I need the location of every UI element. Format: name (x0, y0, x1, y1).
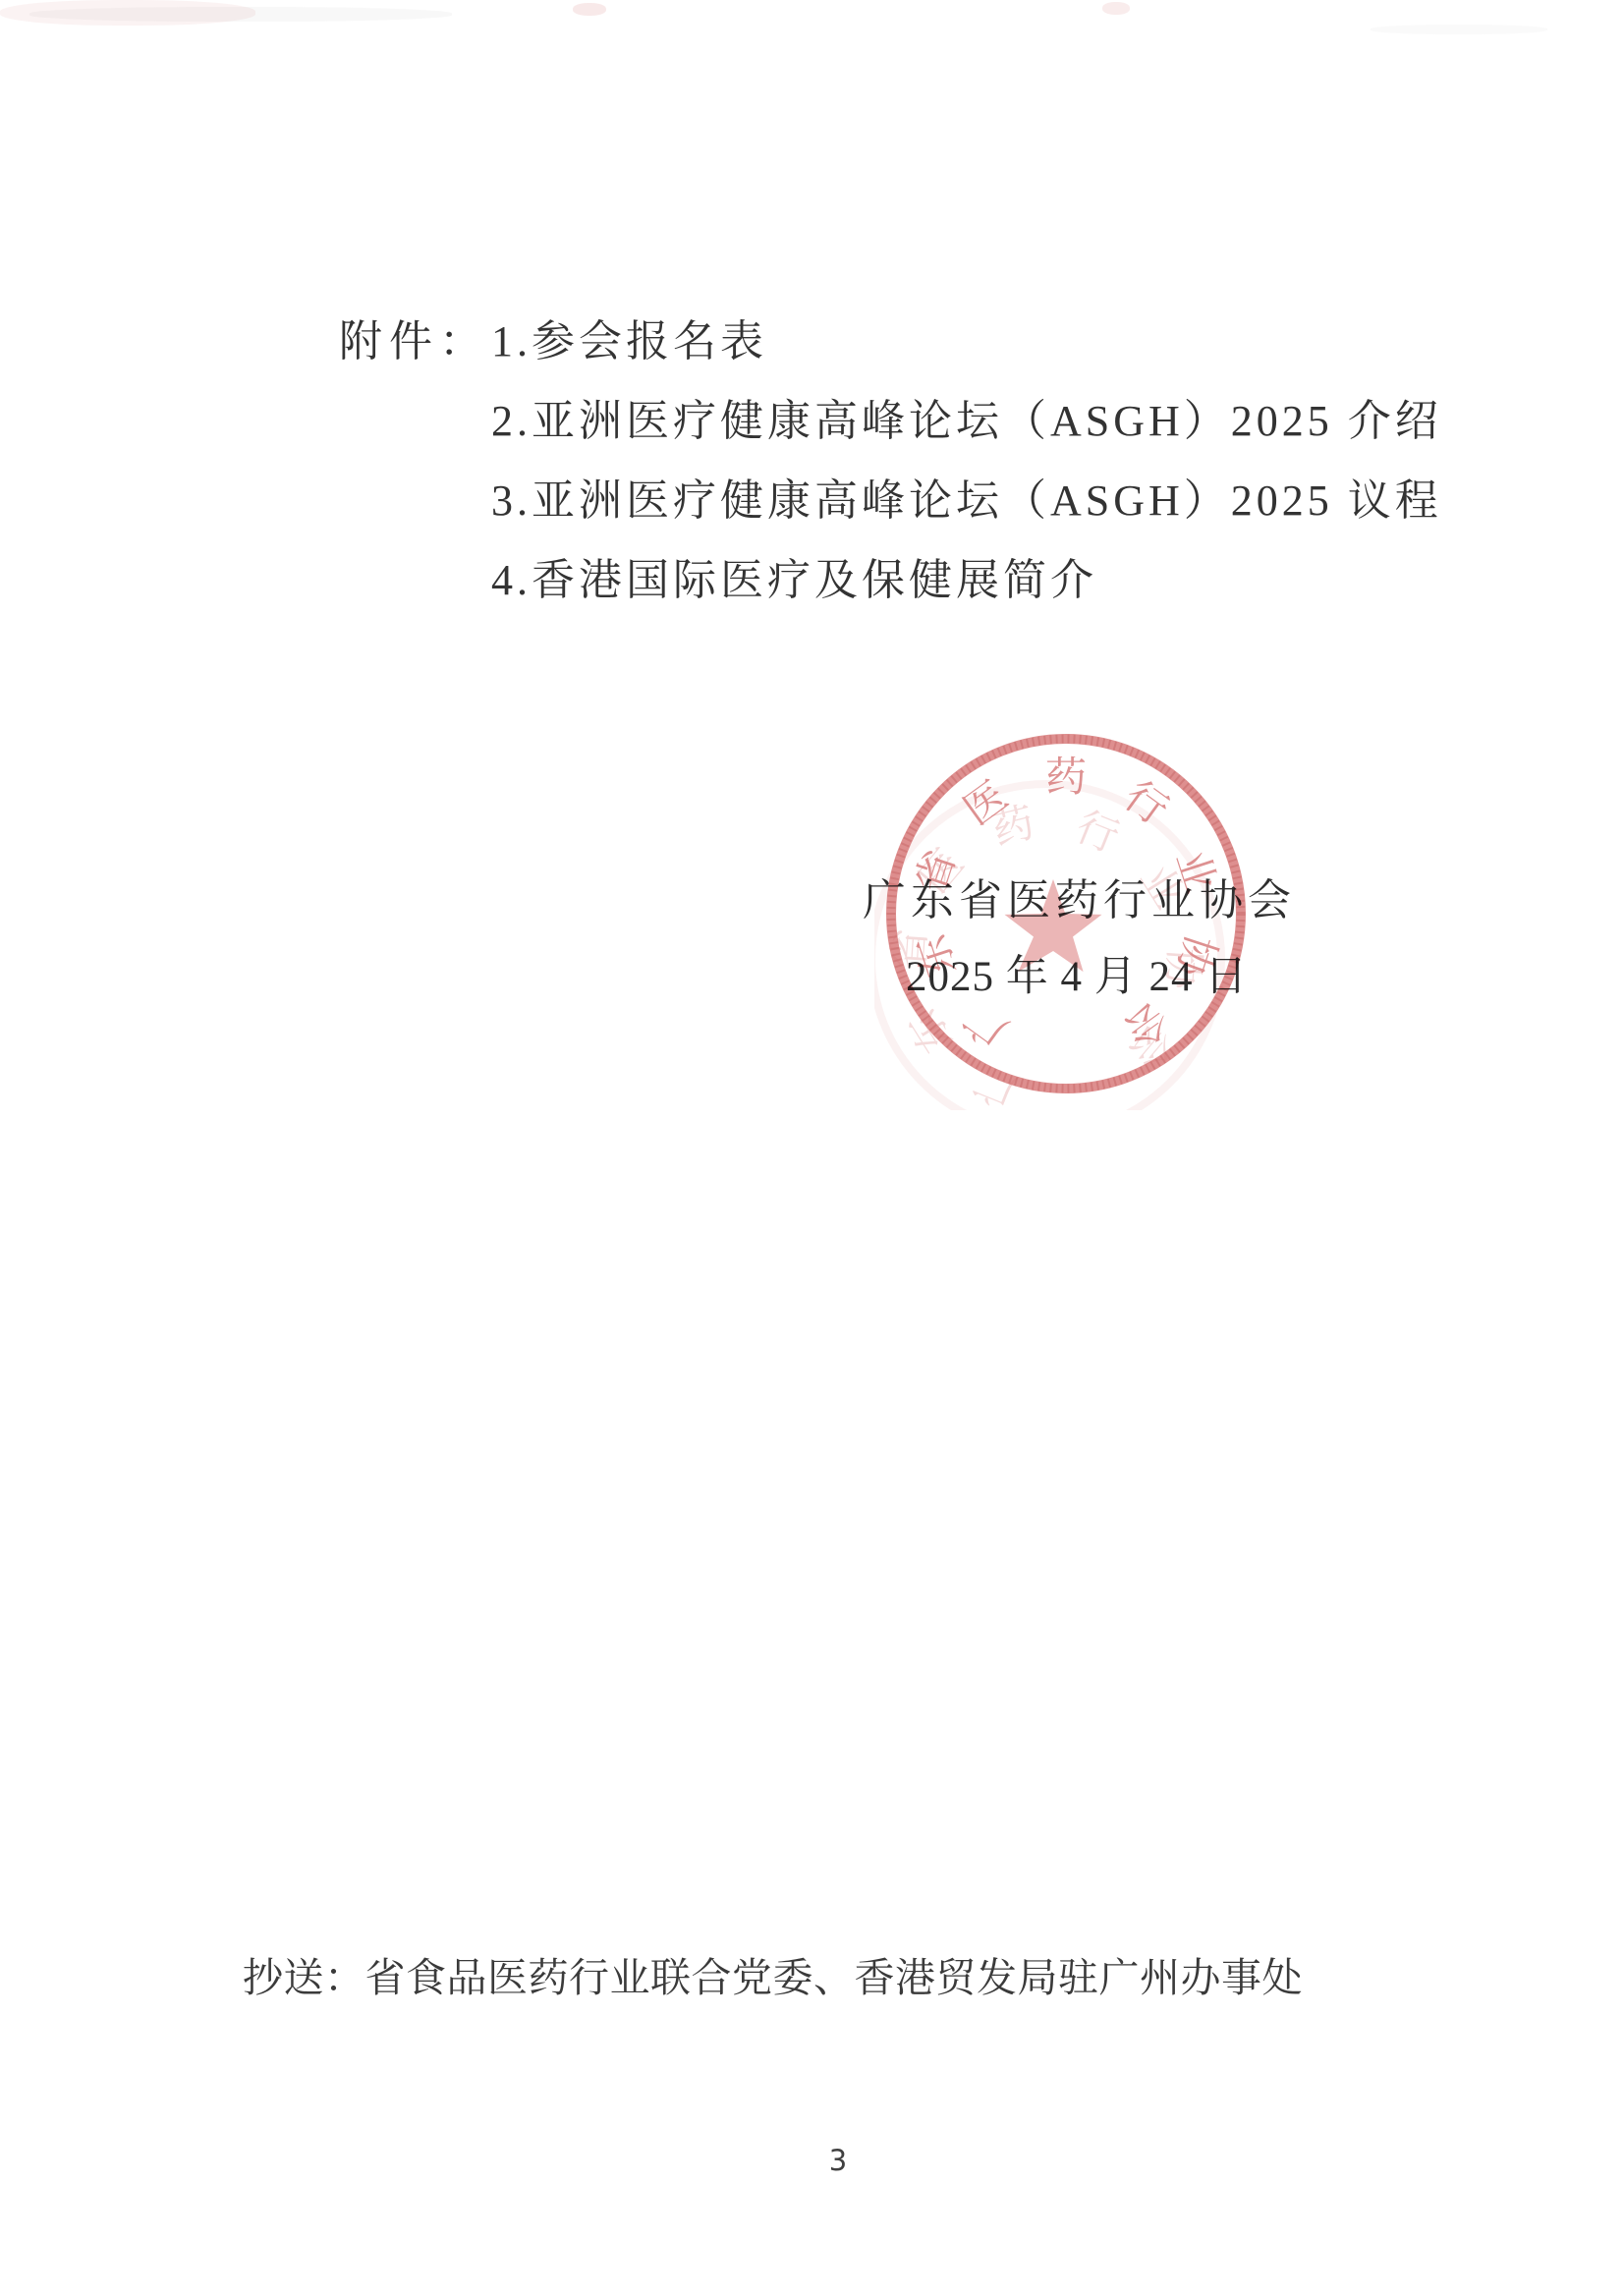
document-page: 附件： 1.参会报名表 2.亚洲医疗健康高峰论坛（ASGH）2025 介绍 3.… (0, 0, 1624, 2295)
scan-artifact (1102, 2, 1130, 15)
cc-line: 抄送：省食品医药行业联合党委、香港贸发局驻广州办事处 (243, 1945, 1303, 2003)
attachment-item: 4.香港国际医疗及保健展简介 (491, 540, 1442, 620)
official-seal: 广 东 省 医 药 行 业 协 会 广 东 省 医 药 行 业 协 会 (874, 727, 1267, 1110)
svg-text:药: 药 (1045, 756, 1087, 801)
attachment-item: 1.参会报名表 (491, 302, 1442, 381)
svg-text:省: 省 (909, 845, 965, 898)
scan-artifact (1371, 25, 1547, 34)
svg-text:行: 行 (1070, 805, 1125, 862)
attachment-block: 附件： 1.参会报名表 2.亚洲医疗健康高峰论坛（ASGH）2025 介绍 3.… (339, 302, 1442, 620)
scan-artifact (573, 3, 606, 16)
svg-text:行: 行 (1116, 773, 1176, 834)
page-number: 3 (813, 2144, 863, 2177)
svg-text:广: 广 (956, 993, 1016, 1054)
attachment-label: 附件： (339, 302, 489, 381)
attachment-item: 2.亚洲医疗健康高峰论坛（ASGH）2025 介绍 (491, 381, 1442, 461)
attachment-item: 3.亚洲医疗健康高峰论坛（ASGH）2025 议程 (491, 461, 1442, 540)
star-icon (1005, 879, 1102, 972)
seal-arc-text: 广 东 省 医 药 行 业 协 会 (909, 756, 1222, 1054)
seal-main: 广 东 省 医 药 行 业 协 会 (891, 739, 1241, 1089)
scan-artifact (29, 7, 452, 22)
attachment-list: 1.参会报名表 2.亚洲医疗健康高峰论坛（ASGH）2025 介绍 3.亚洲医疗… (491, 302, 1442, 620)
